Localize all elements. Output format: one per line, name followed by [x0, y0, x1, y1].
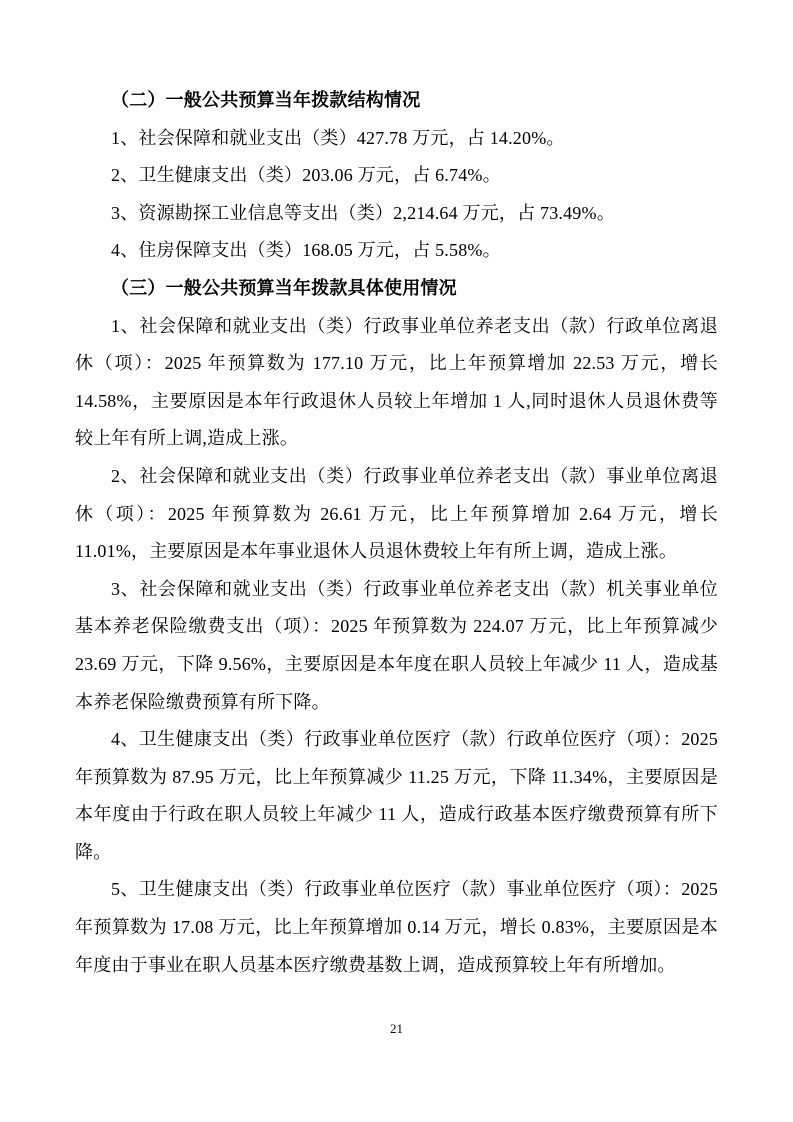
budget-usage-paragraph-5: 5、卫生健康支出（类）行政事业单位医疗（款）事业单位医疗（项）：2025 年预算… — [75, 871, 718, 984]
document-page: （二）一般公共预算当年拨款结构情况 1、社会保障和就业支出（类）427.78 万… — [0, 0, 793, 1122]
budget-structure-item-2: 2、卫生健康支出（类）203.06 万元，占 6.74%。 — [75, 157, 718, 195]
budget-usage-paragraph-3: 3、社会保障和就业支出（类）行政事业单位养老支出（款）机关事业单位基本养老保险缴… — [75, 571, 718, 721]
section-heading-budget-usage: （三）一般公共预算当年拨款具体使用情况 — [75, 270, 718, 308]
budget-structure-item-1: 1、社会保障和就业支出（类）427.78 万元，占 14.20%。 — [75, 120, 718, 158]
budget-usage-paragraph-4: 4、卫生健康支出（类）行政事业单位医疗（款）行政单位医疗（项）：2025 年预算… — [75, 721, 718, 871]
budget-structure-item-3: 3、资源勘探工业信息等支出（类）2,214.64 万元，占 73.49%。 — [75, 195, 718, 233]
budget-usage-paragraph-2: 2、社会保障和就业支出（类）行政事业单位养老支出（款）事业单位离退休（项）：20… — [75, 458, 718, 571]
budget-usage-paragraph-1: 1、社会保障和就业支出（类）行政事业单位养老支出（款）行政单位离退休（项）：20… — [75, 308, 718, 458]
budget-structure-item-4: 4、住房保障支出（类）168.05 万元，占 5.58%。 — [75, 232, 718, 270]
document-body: （二）一般公共预算当年拨款结构情况 1、社会保障和就业支出（类）427.78 万… — [75, 82, 718, 984]
section-heading-budget-structure: （二）一般公共预算当年拨款结构情况 — [75, 82, 718, 120]
page-number: 21 — [0, 1020, 793, 1038]
